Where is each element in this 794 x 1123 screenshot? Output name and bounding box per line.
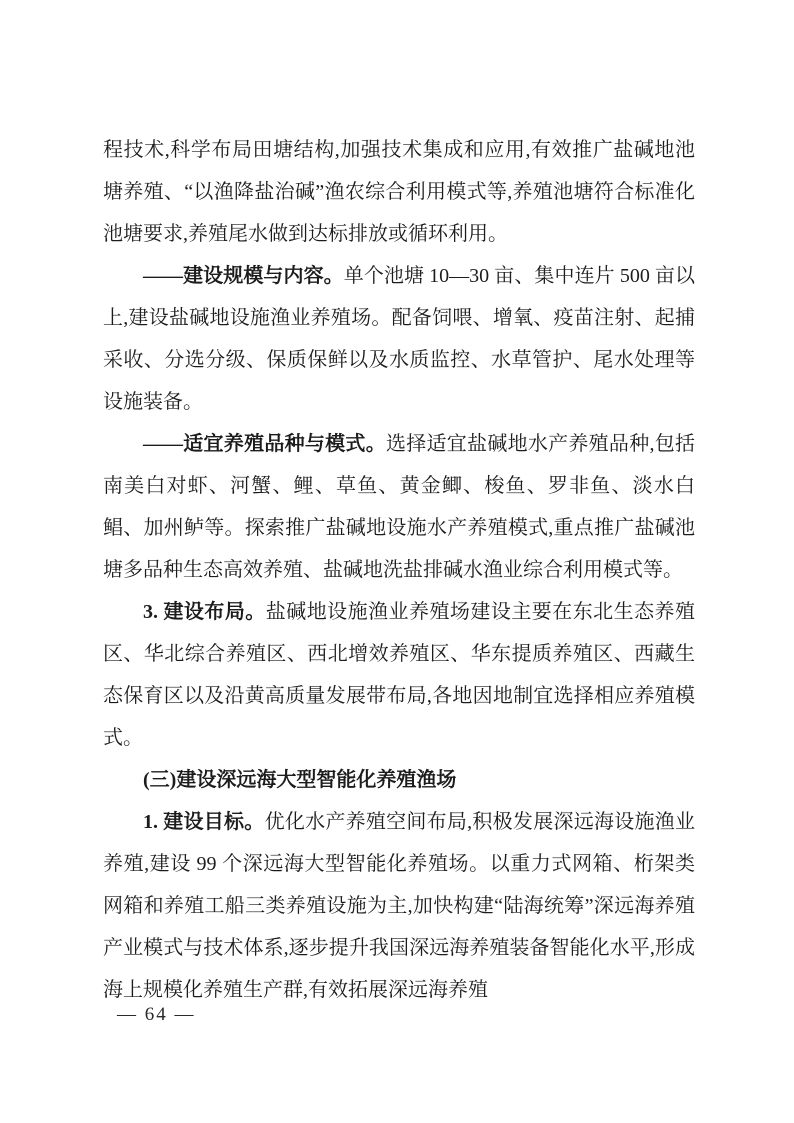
section-heading: (三)建设深远海大型智能化养殖渔场	[103, 759, 695, 801]
paragraph: 3. 建设布局。盐碱地设施渔业养殖场建设主要在东北生态养殖区、华北综合养殖区、西…	[103, 591, 695, 759]
paragraph: ——建设规模与内容。单个池塘 10—30 亩、集中连片 500 亩以上,建设盐碱…	[103, 255, 695, 423]
paragraph: ——适宜养殖品种与模式。选择适宜盐碱地水产养殖品种,包括南美白对虾、河蟹、鲤、草…	[103, 423, 695, 591]
paragraph: 程技术,科学布局田塘结构,加强技术集成和应用,有效推广盐碱地池塘养殖、“以渔降盐…	[103, 129, 695, 255]
paragraph: 1. 建设目标。优化水产养殖空间布局,积极发展深远海设施渔业养殖,建设 99 个…	[103, 801, 695, 1011]
paragraph-lead: 1. 建设目标。	[143, 811, 265, 833]
paragraph-text: 盐碱地设施渔业养殖场建设主要在东北生态养殖区、华北综合养殖区、西北增效养殖区、华…	[103, 601, 695, 749]
paragraph-text: 优化水产养殖空间布局,积极发展深远海设施渔业养殖,建设 99 个深远海大型智能化…	[103, 811, 695, 1001]
paragraph-lead: 3. 建设布局。	[143, 601, 266, 623]
paragraph-lead: ——建设规模与内容。	[143, 265, 344, 287]
page-number: — 64 —	[117, 1002, 196, 1028]
paragraph-lead: ——适宜养殖品种与模式。	[143, 433, 386, 455]
paragraph-text: 选择适宜盐碱地水产养殖品种,包括南美白对虾、河蟹、鲤、草鱼、黄金鲫、梭鱼、罗非鱼…	[103, 433, 695, 581]
page-content: 程技术,科学布局田塘结构,加强技术集成和应用,有效推广盐碱地池塘养殖、“以渔降盐…	[103, 129, 695, 1011]
section-heading-text: (三)建设深远海大型智能化养殖渔场	[143, 769, 456, 791]
paragraph-text: 程技术,科学布局田塘结构,加强技术集成和应用,有效推广盐碱地池塘养殖、“以渔降盐…	[103, 139, 695, 245]
paragraph-text: 单个池塘 10—30 亩、集中连片 500 亩以上,建设盐碱地设施渔业养殖场。配…	[103, 265, 695, 413]
document-page: 程技术,科学布局田塘结构,加强技术集成和应用,有效推广盐碱地池塘养殖、“以渔降盐…	[0, 0, 794, 1123]
